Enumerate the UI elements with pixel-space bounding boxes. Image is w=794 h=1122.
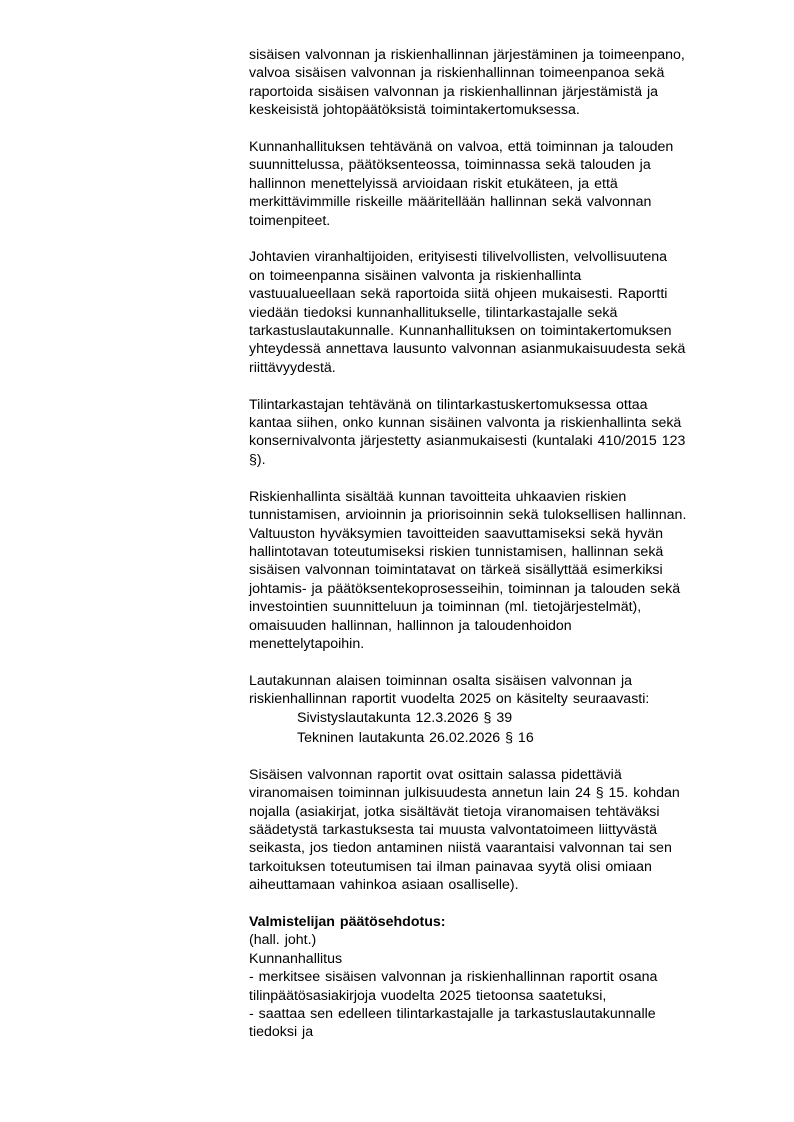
text-line: Valtuuston hyväksymien tavoitteiden saav…	[249, 525, 741, 543]
text-line: seikasta, jos tiedon antaminen niistä va…	[249, 839, 741, 857]
text-line: merkittävimmille riskeille määritellään …	[249, 193, 741, 211]
text-line: suunnittelussa, päätöksenteossa, toiminn…	[249, 156, 741, 174]
proposal-line: - saattaa sen edelleen tilintarkastajall…	[249, 1005, 741, 1023]
proposal-body: Kunnanhallitus	[249, 950, 741, 968]
text-line: hallintotavan toteutumiseksi riskien tun…	[249, 543, 741, 561]
committee-entry: Tekninen lautakunta 26.02.2026 § 16	[249, 729, 741, 747]
text-line: tarkastuslautakunnalle. Kunnanhallitukse…	[249, 322, 741, 340]
paragraph-committee-reports: Lautakunnan alaisen toiminnan osalta sis…	[249, 672, 741, 748]
text-line: vastuualueellaan sekä raportoida siitä o…	[249, 285, 741, 303]
proposal-line: tiedoksi ja	[249, 1023, 741, 1041]
proposal-line: tilinpäätösasiakirjoja vuodelta 2025 tie…	[249, 987, 741, 1005]
text-line: Sisäisen valvonnan raportit ovat osittai…	[249, 766, 741, 784]
paragraph-board-duties: Kunnanhallituksen tehtävänä on valvoa, e…	[249, 138, 741, 230]
text-line: on toimeenpanna sisäinen valvonta ja ris…	[249, 267, 741, 285]
proposal-preparer: (hall. joht.)	[249, 931, 741, 949]
text-line: sisäisen valvonnan ja riskienhallinnan j…	[249, 46, 741, 64]
text-line: aiheuttamaan vahinkoa asiaan osalliselle…	[249, 876, 741, 894]
text-line: tarkoituksen toteutumisen tai ilman pain…	[249, 858, 741, 876]
proposal-heading: Valmistelijan päätösehdotus:	[249, 913, 741, 931]
paragraph-confidentiality: Sisäisen valvonnan raportit ovat osittai…	[249, 766, 741, 895]
paragraph-auditor-duties: Tilintarkastajan tehtävänä on tilintarka…	[249, 396, 741, 470]
text-line: omaisuuden hallinnan, hallinnon ja talou…	[249, 617, 741, 635]
proposal-line: - merkitsee sisäisen valvonnan ja riskie…	[249, 968, 741, 986]
text-line: kantaa siihen, onko kunnan sisäinen valv…	[249, 414, 741, 432]
text-line: raportoida sisäisen valvonnan ja riskien…	[249, 83, 741, 101]
text-line: yhteydessä annettava lausunto valvonnan …	[249, 340, 741, 358]
text-line: johtamis- ja päätöksentekoprosesseihin, …	[249, 580, 741, 598]
text-line: sisäisen valvonnan toimintatavat on tärk…	[249, 561, 741, 579]
text-line: riittävyydestä.	[249, 359, 741, 377]
decision-proposal: Valmistelijan päätösehdotus: (hall. joht…	[249, 913, 741, 1042]
text-line: hallinnon menettelyissä arvioidaan riski…	[249, 175, 741, 193]
text-line: Tilintarkastajan tehtävänä on tilintarka…	[249, 396, 741, 414]
text-line: Lautakunnan alaisen toiminnan osalta sis…	[249, 672, 741, 690]
text-line: Riskienhallinta sisältää kunnan tavoitte…	[249, 488, 741, 506]
text-line: nojalla (asiakirjat, jotka sisältävät ti…	[249, 803, 741, 821]
text-line: menettelytapoihin.	[249, 635, 741, 653]
text-line: investointien suunnitteluun ja toiminnan…	[249, 598, 741, 616]
text-line: toimenpiteet.	[249, 212, 741, 230]
paragraph-officials-duties: Johtavien viranhaltijoiden, erityisesti …	[249, 248, 741, 377]
text-line: viedään tiedoksi kunnanhallitukselle, ti…	[249, 304, 741, 322]
paragraph-internal-control-duties: sisäisen valvonnan ja riskienhallinnan j…	[249, 46, 741, 120]
text-line: riskienhallinnan raportit vuodelta 2025 …	[249, 690, 741, 708]
document-page: sisäisen valvonnan ja riskienhallinnan j…	[249, 46, 741, 1042]
text-line: konsernivalvonta järjestetty asianmukais…	[249, 432, 741, 450]
text-line: Kunnanhallituksen tehtävänä on valvoa, e…	[249, 138, 741, 156]
text-line: Johtavien viranhaltijoiden, erityisesti …	[249, 248, 741, 266]
committee-entry: Sivistyslautakunta 12.3.2026 § 39	[249, 709, 741, 727]
text-line: tunnistamisen, arvioinnin ja priorisoinn…	[249, 506, 741, 524]
text-line: säädetystä tarkastuksesta tai muusta val…	[249, 821, 741, 839]
text-line: §).	[249, 451, 741, 469]
text-line: valvoa sisäisen valvonnan ja riskienhall…	[249, 64, 741, 82]
paragraph-risk-management: Riskienhallinta sisältää kunnan tavoitte…	[249, 488, 741, 654]
text-line: viranomaisen toiminnan julkisuudesta ann…	[249, 784, 741, 802]
text-line: keskeisistä johtopäätöksistä toimintaker…	[249, 101, 741, 119]
